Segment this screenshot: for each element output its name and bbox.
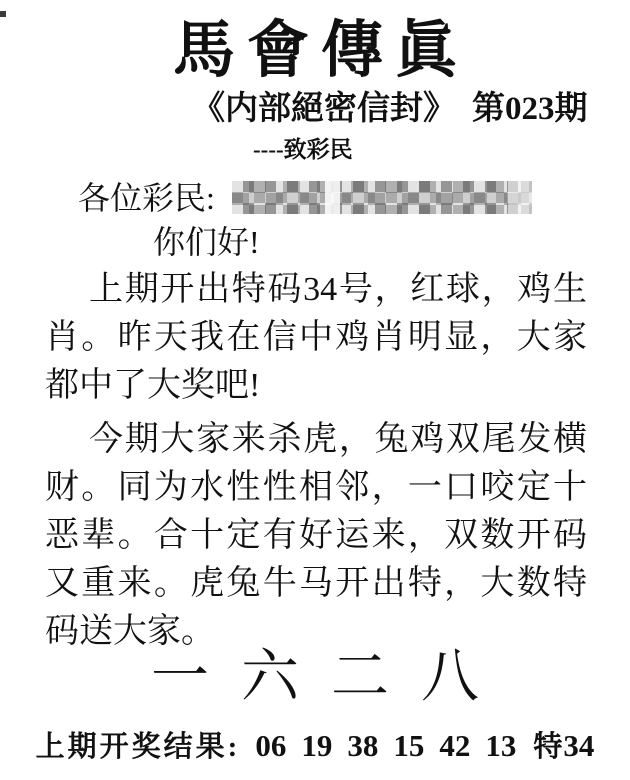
- tip-numbers: 一六二八: [0, 645, 630, 709]
- draw-number-1: 06: [255, 728, 286, 764]
- draw-number-2: 19: [301, 728, 332, 764]
- last-draw-results: 上期开奖结果: 06 19 38 15 42 13 特34: [0, 724, 630, 765]
- redacted-contact-pixelation: [232, 181, 532, 214]
- document-title: 馬會傳眞: [0, 14, 630, 88]
- dedication-line: ----致彩民: [253, 136, 353, 164]
- greeting-line: 你们好!: [153, 223, 260, 261]
- body-paragraph-2: 今期大家来杀虎，兔鸡双尾发横财。同为水性性相邻，一口咬定十恶辈。合十定有好运来，…: [45, 416, 587, 656]
- letter-body: 上期开出特码34号，红球，鸡生肖。昨天我在信中鸡肖明显，大家都中了大奖吧! 今期…: [45, 266, 587, 656]
- special-number-group: 特34: [533, 724, 594, 765]
- draw-number-4: 15: [393, 728, 424, 764]
- special-number: 34: [563, 728, 594, 763]
- fax-document: 馬會傳眞 《内部絕密信封》第023期 ----致彩民 各位彩民: 你们好! 上期…: [0, 0, 630, 780]
- issue-number: 第023期: [472, 91, 588, 127]
- subtitle-envelope-label: 《内部絕密信封》: [192, 91, 456, 127]
- special-prefix: 特: [533, 731, 562, 763]
- draw-number-6: 13: [485, 728, 516, 764]
- draw-number-5: 42: [439, 728, 470, 764]
- draw-number-3: 38: [347, 728, 378, 764]
- body-paragraph-1: 上期开出特码34号，红球，鸡生肖。昨天我在信中鸡肖明显，大家都中了大奖吧!: [45, 266, 587, 410]
- salutation-label: 各位彩民:: [78, 180, 215, 216]
- last-draw-label: 上期开奖结果:: [36, 724, 241, 765]
- subtitle-row: 《内部絕密信封》第023期: [192, 88, 588, 130]
